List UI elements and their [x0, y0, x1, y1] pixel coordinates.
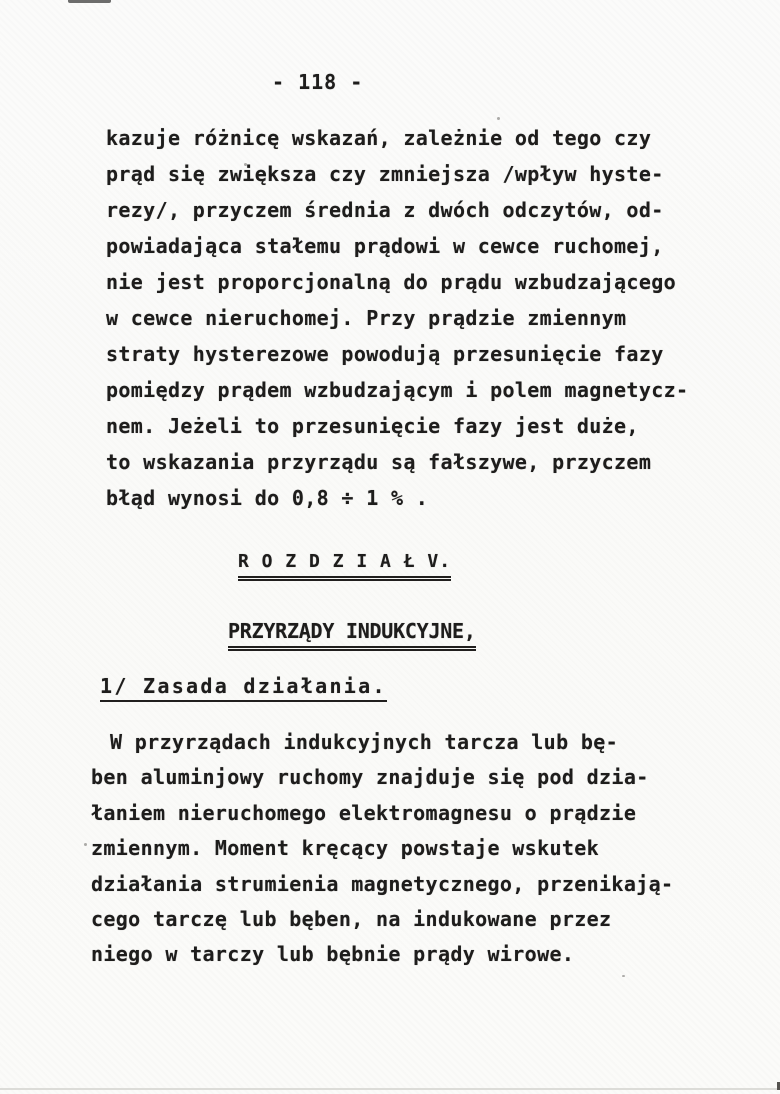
section-heading-text: PRZYRZĄDY INDUKCYJNE,	[228, 619, 476, 651]
section-heading: PRZYRZĄDY INDUKCYJNE,	[228, 619, 476, 651]
chapter-heading: R O Z D Z I A Ł V.	[238, 551, 451, 581]
chapter-heading-text: R O Z D Z I A Ł V.	[238, 551, 451, 581]
scan-artifact-top-mark	[68, 0, 111, 3]
scan-speck	[622, 975, 625, 977]
scan-artifact-bottom-line	[0, 1088, 780, 1090]
subsection-heading-text: 1/ Zasada działania.	[100, 674, 387, 702]
scanned-document-page: - 118 - kazuje różnicę wskazań, zależnie…	[0, 0, 780, 1094]
subsection-heading: 1/ Zasada działania.	[100, 674, 387, 702]
scan-speck	[84, 843, 87, 846]
page-number: - 118 -	[272, 70, 363, 94]
body-paragraph-continuation: kazuje różnicę wskazań, zależnie od tego…	[106, 120, 706, 516]
body-paragraph-principle: W przyrządach indukcyjnych tarcza lub bę…	[91, 725, 701, 973]
